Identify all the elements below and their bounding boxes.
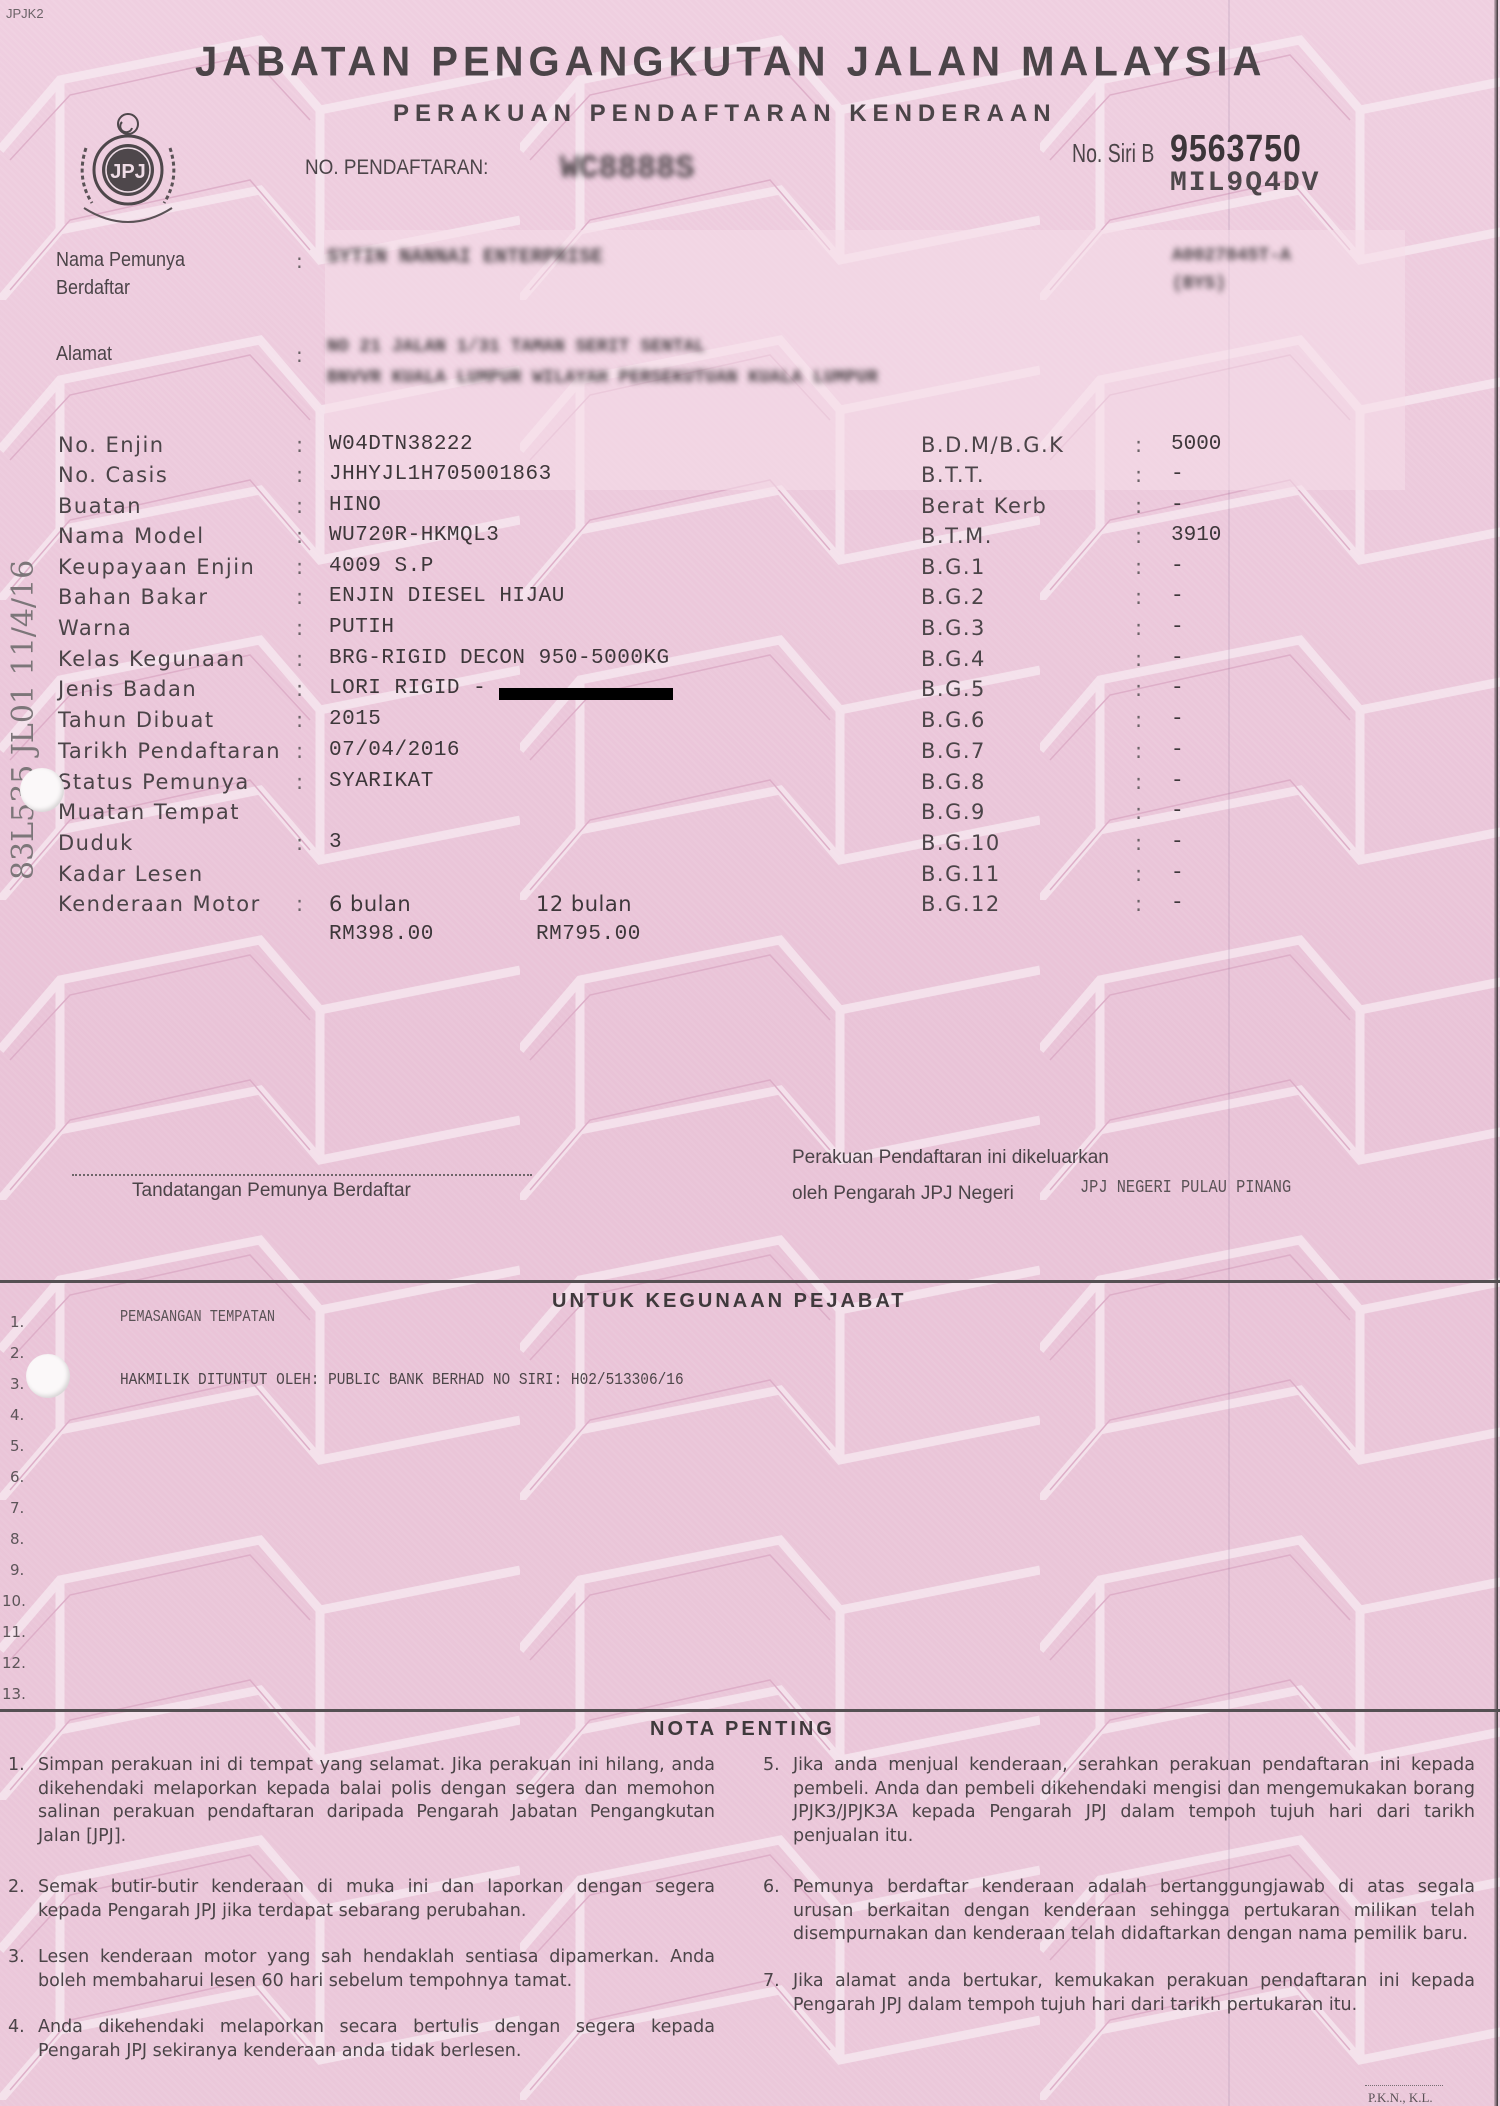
colon: : xyxy=(1135,831,1142,855)
weight-value-bg1: - xyxy=(1171,555,1184,578)
line-number: 9. xyxy=(10,1561,24,1579)
weight-label-kerb: Berat Kerb xyxy=(921,494,1047,518)
license-period-12: 12 bulan xyxy=(536,892,632,916)
field-label-license-rate: Kadar Lesen xyxy=(58,862,204,886)
weight-value-kerb: - xyxy=(1171,494,1184,517)
field-value-model: WU720R-HKMQL3 xyxy=(329,524,499,547)
address-line-1: NO 21 JALAN 1/31 TAMAN SERIT SENTAL xyxy=(327,337,705,357)
colon: : xyxy=(1135,616,1142,640)
colon: : xyxy=(1135,770,1142,794)
note-number: 1. xyxy=(8,1754,25,1778)
printer-code: P.K.N., K.L. xyxy=(1368,2090,1433,2106)
signature-line xyxy=(72,1174,532,1176)
colon: : xyxy=(296,433,303,457)
weight-label-bg11: B.G.11 xyxy=(921,862,1001,886)
weight-value-bg8: - xyxy=(1171,770,1184,793)
weight-label-bg3: B.G.3 xyxy=(921,616,986,640)
weight-value-bg11: - xyxy=(1171,862,1184,885)
weight-value-bg3: - xyxy=(1171,616,1184,639)
license-rate-6: RM398.00 xyxy=(329,923,434,946)
serial-code-value: MIL9Q4DV xyxy=(1170,168,1320,199)
line-number: 2. xyxy=(10,1344,24,1362)
svg-text:JPJ: JPJ xyxy=(110,161,146,183)
colon: : xyxy=(296,892,303,916)
note-item: 1. Simpan perakuan ini di tempat yang se… xyxy=(8,1754,715,1848)
issuing-office: JPJ NEGERI PULAU PINANG xyxy=(1080,1178,1291,1198)
weight-value-bg9: - xyxy=(1171,800,1184,823)
field-value-make: HINO xyxy=(329,494,381,517)
colon: : xyxy=(296,343,303,367)
weight-value-bg2: - xyxy=(1171,585,1184,608)
weight-value-bg4: - xyxy=(1171,647,1184,670)
line-number: 6. xyxy=(10,1468,24,1486)
note-item: 7. Jika alamat anda bertukar, kemukakan … xyxy=(763,1970,1475,2017)
colon: : xyxy=(1135,585,1142,609)
owner-id-value: A0027845T-A xyxy=(1172,246,1291,266)
weight-label-btm: B.T.M. xyxy=(921,524,993,548)
note-text: Pemunya berdaftar kenderaan adalah berta… xyxy=(793,1876,1475,1947)
field-label-body-type: Jenis Badan xyxy=(58,677,197,701)
colon: : xyxy=(296,616,303,640)
registration-number-label: NO. PENDAFTARAN: xyxy=(305,156,488,180)
weight-value-bg12: - xyxy=(1171,892,1184,915)
footer-dotted-line xyxy=(1365,2085,1443,2086)
field-label-engine-capacity: Keupayaan Enjin xyxy=(58,555,255,579)
field-label-seating-capacity: Muatan Tempat xyxy=(58,800,240,824)
field-value-fuel: ENJIN DIESEL HIJAU xyxy=(329,585,565,608)
field-label-year-made: Tahun Dibuat xyxy=(58,708,215,732)
colon: : xyxy=(1135,555,1142,579)
weight-label-bdm: B.D.M/B.G.K xyxy=(921,433,1064,457)
issued-by-text-line2: oleh Pengarah JPJ Negeri xyxy=(792,1183,1014,1205)
colon: : xyxy=(1135,647,1142,671)
line-number: 10. xyxy=(2,1592,26,1610)
field-label-make: Buatan xyxy=(58,494,142,518)
note-number: 4. xyxy=(8,2016,25,2040)
weight-value-btm: 3910 xyxy=(1171,524,1221,547)
weight-label-bg10: B.G.10 xyxy=(921,831,1001,855)
colon: : xyxy=(1135,862,1142,886)
line-number: 1. xyxy=(10,1313,24,1331)
field-label-color: Warna xyxy=(58,616,132,640)
colon: : xyxy=(296,677,303,701)
document-subtitle: PERAKUAN PENDAFTARAN KENDERAAN xyxy=(393,100,1057,128)
handwritten-margin-note: 83L535 JL01 11/4/16 xyxy=(6,560,41,880)
weight-value-bg10: - xyxy=(1171,831,1184,854)
owner-signature-label: Tandatangan Pemunya Berdaftar xyxy=(132,1180,411,1202)
section-divider xyxy=(0,1280,1500,1283)
weight-value-bg6: - xyxy=(1171,708,1184,731)
note-number: 6. xyxy=(763,1876,780,1900)
colon: : xyxy=(1135,739,1142,763)
colon: : xyxy=(296,585,303,609)
colon: : xyxy=(296,555,303,579)
colon: : xyxy=(1135,494,1142,518)
line-number: 8. xyxy=(10,1530,24,1548)
weight-label-bg2: B.G.2 xyxy=(921,585,986,609)
line-number: 13. xyxy=(2,1685,26,1703)
owner-id-type: (BYS) xyxy=(1172,274,1226,294)
weight-label-bg7: B.G.7 xyxy=(921,739,986,763)
colon: : xyxy=(296,647,303,671)
form-code: JPJK2 xyxy=(6,6,44,21)
field-label-registration-date: Tarikh Pendaftaran xyxy=(58,739,281,763)
weight-label-bg5: B.G.5 xyxy=(921,677,986,701)
field-label-engine-no: No. Enjin xyxy=(58,433,165,457)
punch-hole xyxy=(26,1354,70,1398)
colon: : xyxy=(1135,433,1142,457)
colon: : xyxy=(296,831,303,855)
owner-info-panel xyxy=(325,230,1405,490)
colon: : xyxy=(1135,463,1142,487)
field-value-usage-class: BRG-RIGID DECON 950-5000KG xyxy=(329,647,670,670)
colon: : xyxy=(296,739,303,763)
note-text: Jika anda menjual kenderaan, serahkan pe… xyxy=(793,1754,1475,1848)
note-text: Lesen kenderaan motor yang sah hendaklah… xyxy=(38,1946,715,1993)
colon: : xyxy=(296,524,303,548)
registration-number-value: WC8888S xyxy=(560,150,694,187)
line-number: 12. xyxy=(2,1654,26,1672)
office-entry-1: PEMASANGAN TEMPATAN xyxy=(120,1308,275,1327)
note-number: 7. xyxy=(763,1970,780,1994)
weight-value-bdm: 5000 xyxy=(1171,433,1221,456)
weight-label-bg1: B.G.1 xyxy=(921,555,986,579)
colon: : xyxy=(296,770,303,794)
jpj-crest-logo-icon: JPJ xyxy=(72,108,184,228)
license-rate-12: RM795.00 xyxy=(536,923,641,946)
colon: : xyxy=(1135,677,1142,701)
section-divider xyxy=(0,1709,1500,1712)
weight-label-bg8: B.G.8 xyxy=(921,770,986,794)
license-period-6: 6 bulan xyxy=(329,892,411,916)
address-line-2: BNVVR KUALA LUMPUR WILAYAH PERSEKUTUAN K… xyxy=(327,368,878,388)
note-number: 5. xyxy=(763,1754,780,1778)
weight-label-bg9: B.G.9 xyxy=(921,800,986,824)
serial-number-label: No. Siri B xyxy=(1072,138,1154,169)
note-item: 4. Anda dikehendaki melaporkan secara be… xyxy=(8,2016,715,2063)
redaction-bar xyxy=(499,688,673,700)
agency-title: JABATAN PENGANGKUTAN JALAN MALAYSIA xyxy=(195,39,1266,86)
weight-label-btt: B.T.T. xyxy=(921,463,985,487)
line-number: 5. xyxy=(10,1437,24,1455)
weight-value-btt: - xyxy=(1171,463,1184,486)
field-value-engine-capacity: 4009 S.P xyxy=(329,555,434,578)
weight-label-bg12: B.G.12 xyxy=(921,892,1001,916)
note-item: 2. Semak butir-butir kenderaan di muka i… xyxy=(8,1876,715,1923)
note-text: Semak butir-butir kenderaan di muka ini … xyxy=(38,1876,715,1923)
line-number: 4. xyxy=(10,1406,24,1424)
serial-number-value: 9563750 xyxy=(1170,128,1302,171)
field-value-seats: 3 xyxy=(329,831,342,854)
note-number: 2. xyxy=(8,1876,25,1900)
owner-name-label-cont: Berdaftar xyxy=(56,277,130,300)
line-number: 7. xyxy=(10,1499,24,1517)
colon: : xyxy=(1135,708,1142,732)
note-text: Jika alamat anda bertukar, kemukakan per… xyxy=(793,1970,1475,2017)
field-value-year-made: 2015 xyxy=(329,708,381,731)
field-label-chassis-no: No. Casis xyxy=(58,463,168,487)
colon: : xyxy=(296,494,303,518)
note-text: Simpan perakuan ini di tempat yang selam… xyxy=(38,1754,715,1848)
address-label: Alamat xyxy=(56,343,112,366)
punch-hole xyxy=(20,768,64,812)
line-number: 11. xyxy=(2,1623,26,1641)
weight-value-bg7: - xyxy=(1171,739,1184,762)
line-number: 3. xyxy=(10,1375,24,1393)
field-value-body-type: LORI RIGID - xyxy=(329,677,499,700)
field-value-owner-status: SYARIKAT xyxy=(329,770,434,793)
office-entry-3: HAKMILIK DITUNTUT OLEH: PUBLIC BANK BERH… xyxy=(120,1371,684,1390)
colon: : xyxy=(296,249,303,273)
note-item: 6. Pemunya berdaftar kenderaan adalah be… xyxy=(763,1876,1475,1947)
office-use-title: UNTUK KEGUNAAN PEJABAT xyxy=(552,1290,907,1313)
document-edge xyxy=(1494,0,1498,2106)
colon: : xyxy=(1135,524,1142,548)
field-label-owner-status: Status Pemunya xyxy=(58,770,250,794)
weight-label-bg6: B.G.6 xyxy=(921,708,986,732)
owner-name-label: Nama Pemunya xyxy=(56,249,185,272)
field-label-seats: Duduk xyxy=(58,831,134,855)
field-label-fuel: Bahan Bakar xyxy=(58,585,209,609)
field-value-registration-date: 07/04/2016 xyxy=(329,739,460,762)
note-text: Anda dikehendaki melaporkan secara bertu… xyxy=(38,2016,715,2063)
field-label-usage-class: Kelas Kegunaan xyxy=(58,647,246,671)
owner-name-value: SYTIN NANNAI ENTERPRISE xyxy=(327,246,603,269)
weight-label-bg4: B.G.4 xyxy=(921,647,986,671)
important-notes-title: NOTA PENTING xyxy=(650,1718,835,1741)
issued-by-text-line1: Perakuan Pendaftaran ini dikeluarkan xyxy=(792,1147,1109,1169)
field-value-engine-no: W04DTN38222 xyxy=(329,433,473,456)
note-number: 3. xyxy=(8,1946,25,1970)
weight-value-bg5: - xyxy=(1171,677,1184,700)
note-item: 3. Lesen kenderaan motor yang sah hendak… xyxy=(8,1946,715,1993)
colon: : xyxy=(296,708,303,732)
field-value-color: PUTIH xyxy=(329,616,395,639)
note-item: 5. Jika anda menjual kenderaan, serahkan… xyxy=(763,1754,1475,1848)
field-label-motor-vehicle: Kenderaan Motor xyxy=(58,892,261,916)
colon: : xyxy=(296,463,303,487)
colon: : xyxy=(1135,800,1142,824)
field-label-model: Nama Model xyxy=(58,524,205,548)
field-value-chassis-no: JHHYJL1H705001863 xyxy=(329,463,552,486)
colon: : xyxy=(1135,892,1142,916)
